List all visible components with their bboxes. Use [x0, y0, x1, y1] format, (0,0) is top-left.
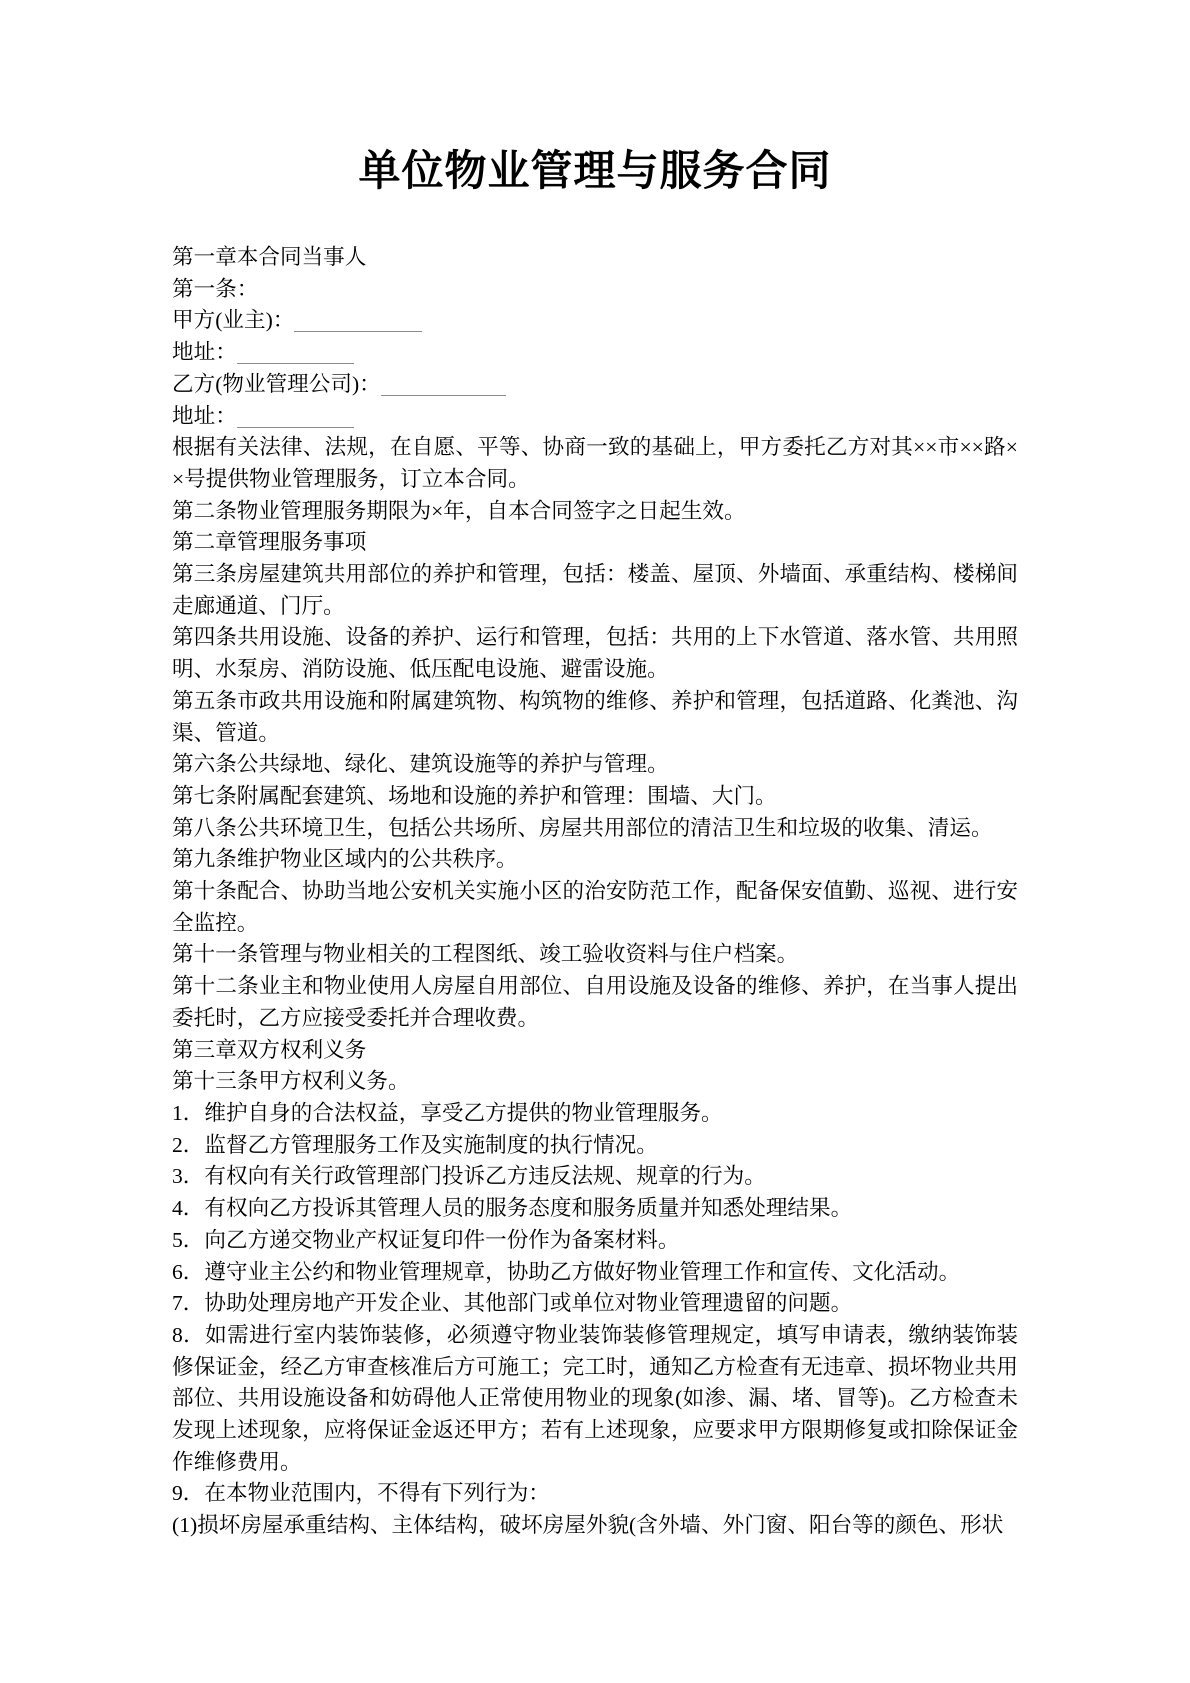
paragraph: 甲方(业主)：	[172, 305, 1018, 337]
document-title: 单位物业管理与服务合同	[172, 142, 1018, 202]
paragraph: 第七条附属配套建筑、场地和设施的养护和管理：围墙、大门。	[172, 781, 1018, 813]
blank-underline	[237, 405, 354, 428]
blank-underline	[381, 373, 506, 396]
paragraph: 7．协助处理房地产开发企业、其他部门或单位对物业管理遗留的问题。	[172, 1288, 1018, 1320]
paragraph: 地址：	[172, 401, 1018, 433]
paragraph: 第八条公共环境卫生，包括公共场所、房屋共用部位的清洁卫生和垃圾的收集、清运。	[172, 813, 1018, 845]
paragraph: 第二章管理服务事项	[172, 527, 1018, 559]
blank-underline	[237, 342, 354, 365]
paragraph: 第一章本合同当事人	[172, 242, 1018, 274]
document-body: 第一章本合同当事人第一条：甲方(业主)：地址：乙方(物业管理公司)：地址：根据有…	[172, 242, 1018, 1542]
field-label: 乙方(物业管理公司)：	[172, 372, 381, 396]
paragraph: 2．监督乙方管理服务工作及实施制度的执行情况。	[172, 1130, 1018, 1162]
paragraph: 第三条房屋建筑共用部位的养护和管理，包括：楼盖、屋顶、外墙面、承重结构、楼梯间走…	[172, 559, 1018, 622]
paragraph: 第一条：	[172, 274, 1018, 306]
paragraph: 8．如需进行室内装饰装修，必须遵守物业装饰装修管理规定，填写申请表，缴纳装饰装修…	[172, 1320, 1018, 1479]
paragraph: 第十三条甲方权利义务。	[172, 1066, 1018, 1098]
paragraph: (1)损坏房屋承重结构、主体结构，破坏房屋外貌(含外墙、外门窗、阳台等的颜色、形…	[172, 1510, 1018, 1542]
paragraph: 9．在本物业范围内，不得有下列行为：	[172, 1478, 1018, 1510]
paragraph: 3．有权向有关行政管理部门投诉乙方违反法规、规章的行为。	[172, 1161, 1018, 1193]
field-label: 地址：	[172, 340, 237, 364]
paragraph: 第四条共用设施、设备的养护、运行和管理，包括：共用的上下水管道、落水管、共用照明…	[172, 622, 1018, 685]
paragraph: 1．维护自身的合法权益，享受乙方提供的物业管理服务。	[172, 1098, 1018, 1130]
paragraph: 5．向乙方递交物业产权证复印件一份作为备案材料。	[172, 1225, 1018, 1257]
paragraph: 第十二条业主和物业使用人房屋自用部位、自用设施及设备的维修、养护，在当事人提出委…	[172, 971, 1018, 1034]
paragraph: 第九条维护物业区域内的公共秩序。	[172, 844, 1018, 876]
field-label: 地址：	[172, 404, 237, 428]
blank-underline	[294, 310, 422, 333]
paragraph: 根据有关法律、法规，在自愿、平等、协商一致的基础上，甲方委托乙方对其××市××路…	[172, 432, 1018, 495]
field-label: 甲方(业主)：	[172, 308, 294, 332]
contract-page: 单位物业管理与服务合同 第一章本合同当事人第一条：甲方(业主)：地址：乙方(物业…	[0, 0, 1190, 1683]
paragraph: 第十条配合、协助当地公安机关实施小区的治安防范工作，配备保安值勤、巡视、进行安全…	[172, 876, 1018, 939]
paragraph: 第二条物业管理服务期限为×年，自本合同签字之日起生效。	[172, 496, 1018, 528]
paragraph: 地址：	[172, 337, 1018, 369]
paragraph: 第十一条管理与物业相关的工程图纸、竣工验收资料与住户档案。	[172, 939, 1018, 971]
paragraph: 乙方(物业管理公司)：	[172, 369, 1018, 401]
paragraph: 6．遵守业主公约和物业管理规章，协助乙方做好物业管理工作和宣传、文化活动。	[172, 1257, 1018, 1289]
paragraph: 4．有权向乙方投诉其管理人员的服务态度和服务质量并知悉处理结果。	[172, 1193, 1018, 1225]
paragraph: 第三章双方权利义务	[172, 1035, 1018, 1067]
paragraph: 第五条市政共用设施和附属建筑物、构筑物的维修、养护和管理，包括道路、化粪池、沟渠…	[172, 686, 1018, 749]
paragraph: 第六条公共绿地、绿化、建筑设施等的养护与管理。	[172, 749, 1018, 781]
